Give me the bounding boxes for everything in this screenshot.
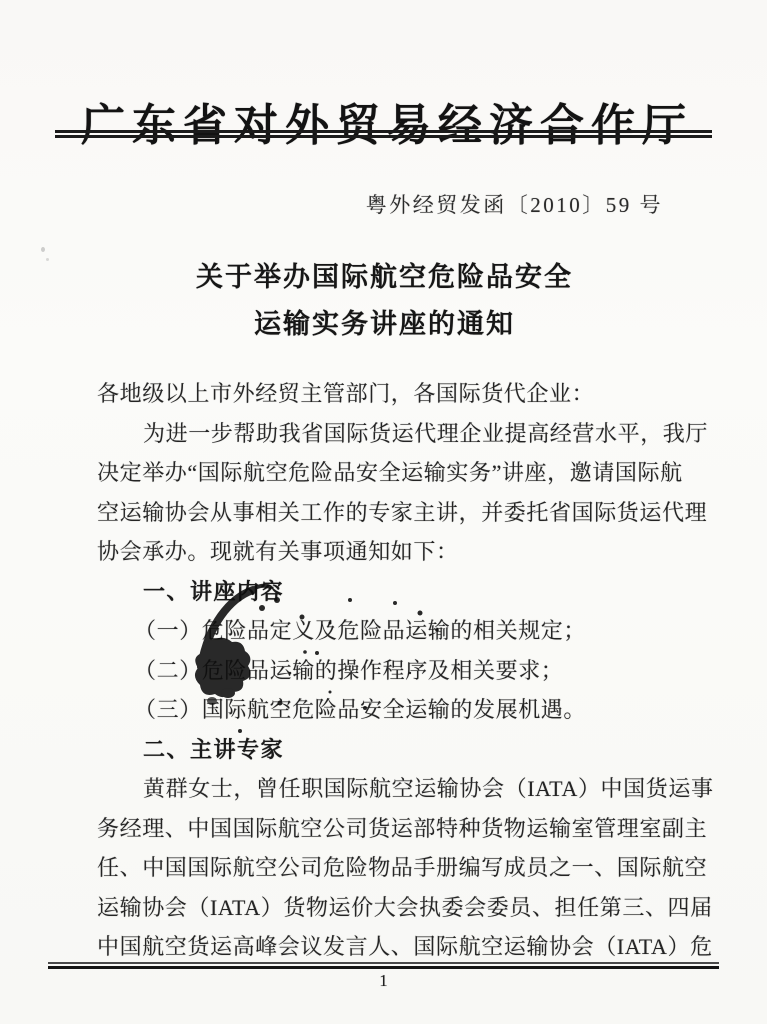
scan-speck [41,247,45,252]
page-number: 1 [0,971,767,991]
body-line: 空运输协会从事相关工作的专家主讲，并委托省国际货运代理 [97,493,681,533]
body-line: 中国航空货运高峰会议发言人、国际航空运输协会（IATA）危 [97,927,681,967]
body-line: 为进一步帮助我省国际货运代理企业提高经营水平，我厅 [97,414,681,454]
document-number: 粤外经贸发函〔2010〕59 号 [366,189,663,219]
body-line: （三）国际航空危险品安全运输的发展机遇。 [97,690,681,730]
agency-name: 广东省对外贸易经济合作厅 [0,89,767,153]
addressee-line: 各地级以上市外经贸主管部门，各国际货代企业： [97,374,681,414]
body-line: 运输协会（IATA）货物运价大会执委会委员、担任第三、四届 [97,888,681,928]
body-line: （二）危险品运输的操作程序及相关要求； [97,651,681,691]
section-heading: 一、讲座内容 [97,572,681,612]
document-page: 广东省对外贸易经济合作厅 粤外经贸发函〔2010〕59 号 关于举办国际航空危险… [0,0,767,1024]
title-line-2: 运输实务讲座的通知 [0,301,767,348]
body-line: 协会承办。现就有关事项通知如下： [97,532,681,572]
body-line: 任、中国国际航空公司危险物品手册编写成员之一、国际航空 [97,848,681,888]
scan-speck [46,258,49,261]
header-divider [55,130,712,138]
document-body: 各地级以上市外经贸主管部门，各国际货代企业：为进一步帮助我省国际货运代理企业提高… [97,374,681,967]
body-line: （一）危险品定义及危险品运输的相关规定； [97,611,681,651]
title-line-1: 关于举办国际航空危险品安全 [0,254,767,301]
body-line: 黄群女士，曾任职国际航空运输协会（IATA）中国货运事 [97,769,681,809]
footer-divider [48,962,719,969]
section-heading: 二、主讲专家 [97,730,681,770]
document-title: 关于举办国际航空危险品安全 运输实务讲座的通知 [0,254,767,348]
body-line: 务经理、中国国际航空公司货运部特种货物运输室管理室副主 [97,809,681,849]
body-line: 决定举办“国际航空危险品安全运输实务”讲座，邀请国际航 [97,453,681,493]
